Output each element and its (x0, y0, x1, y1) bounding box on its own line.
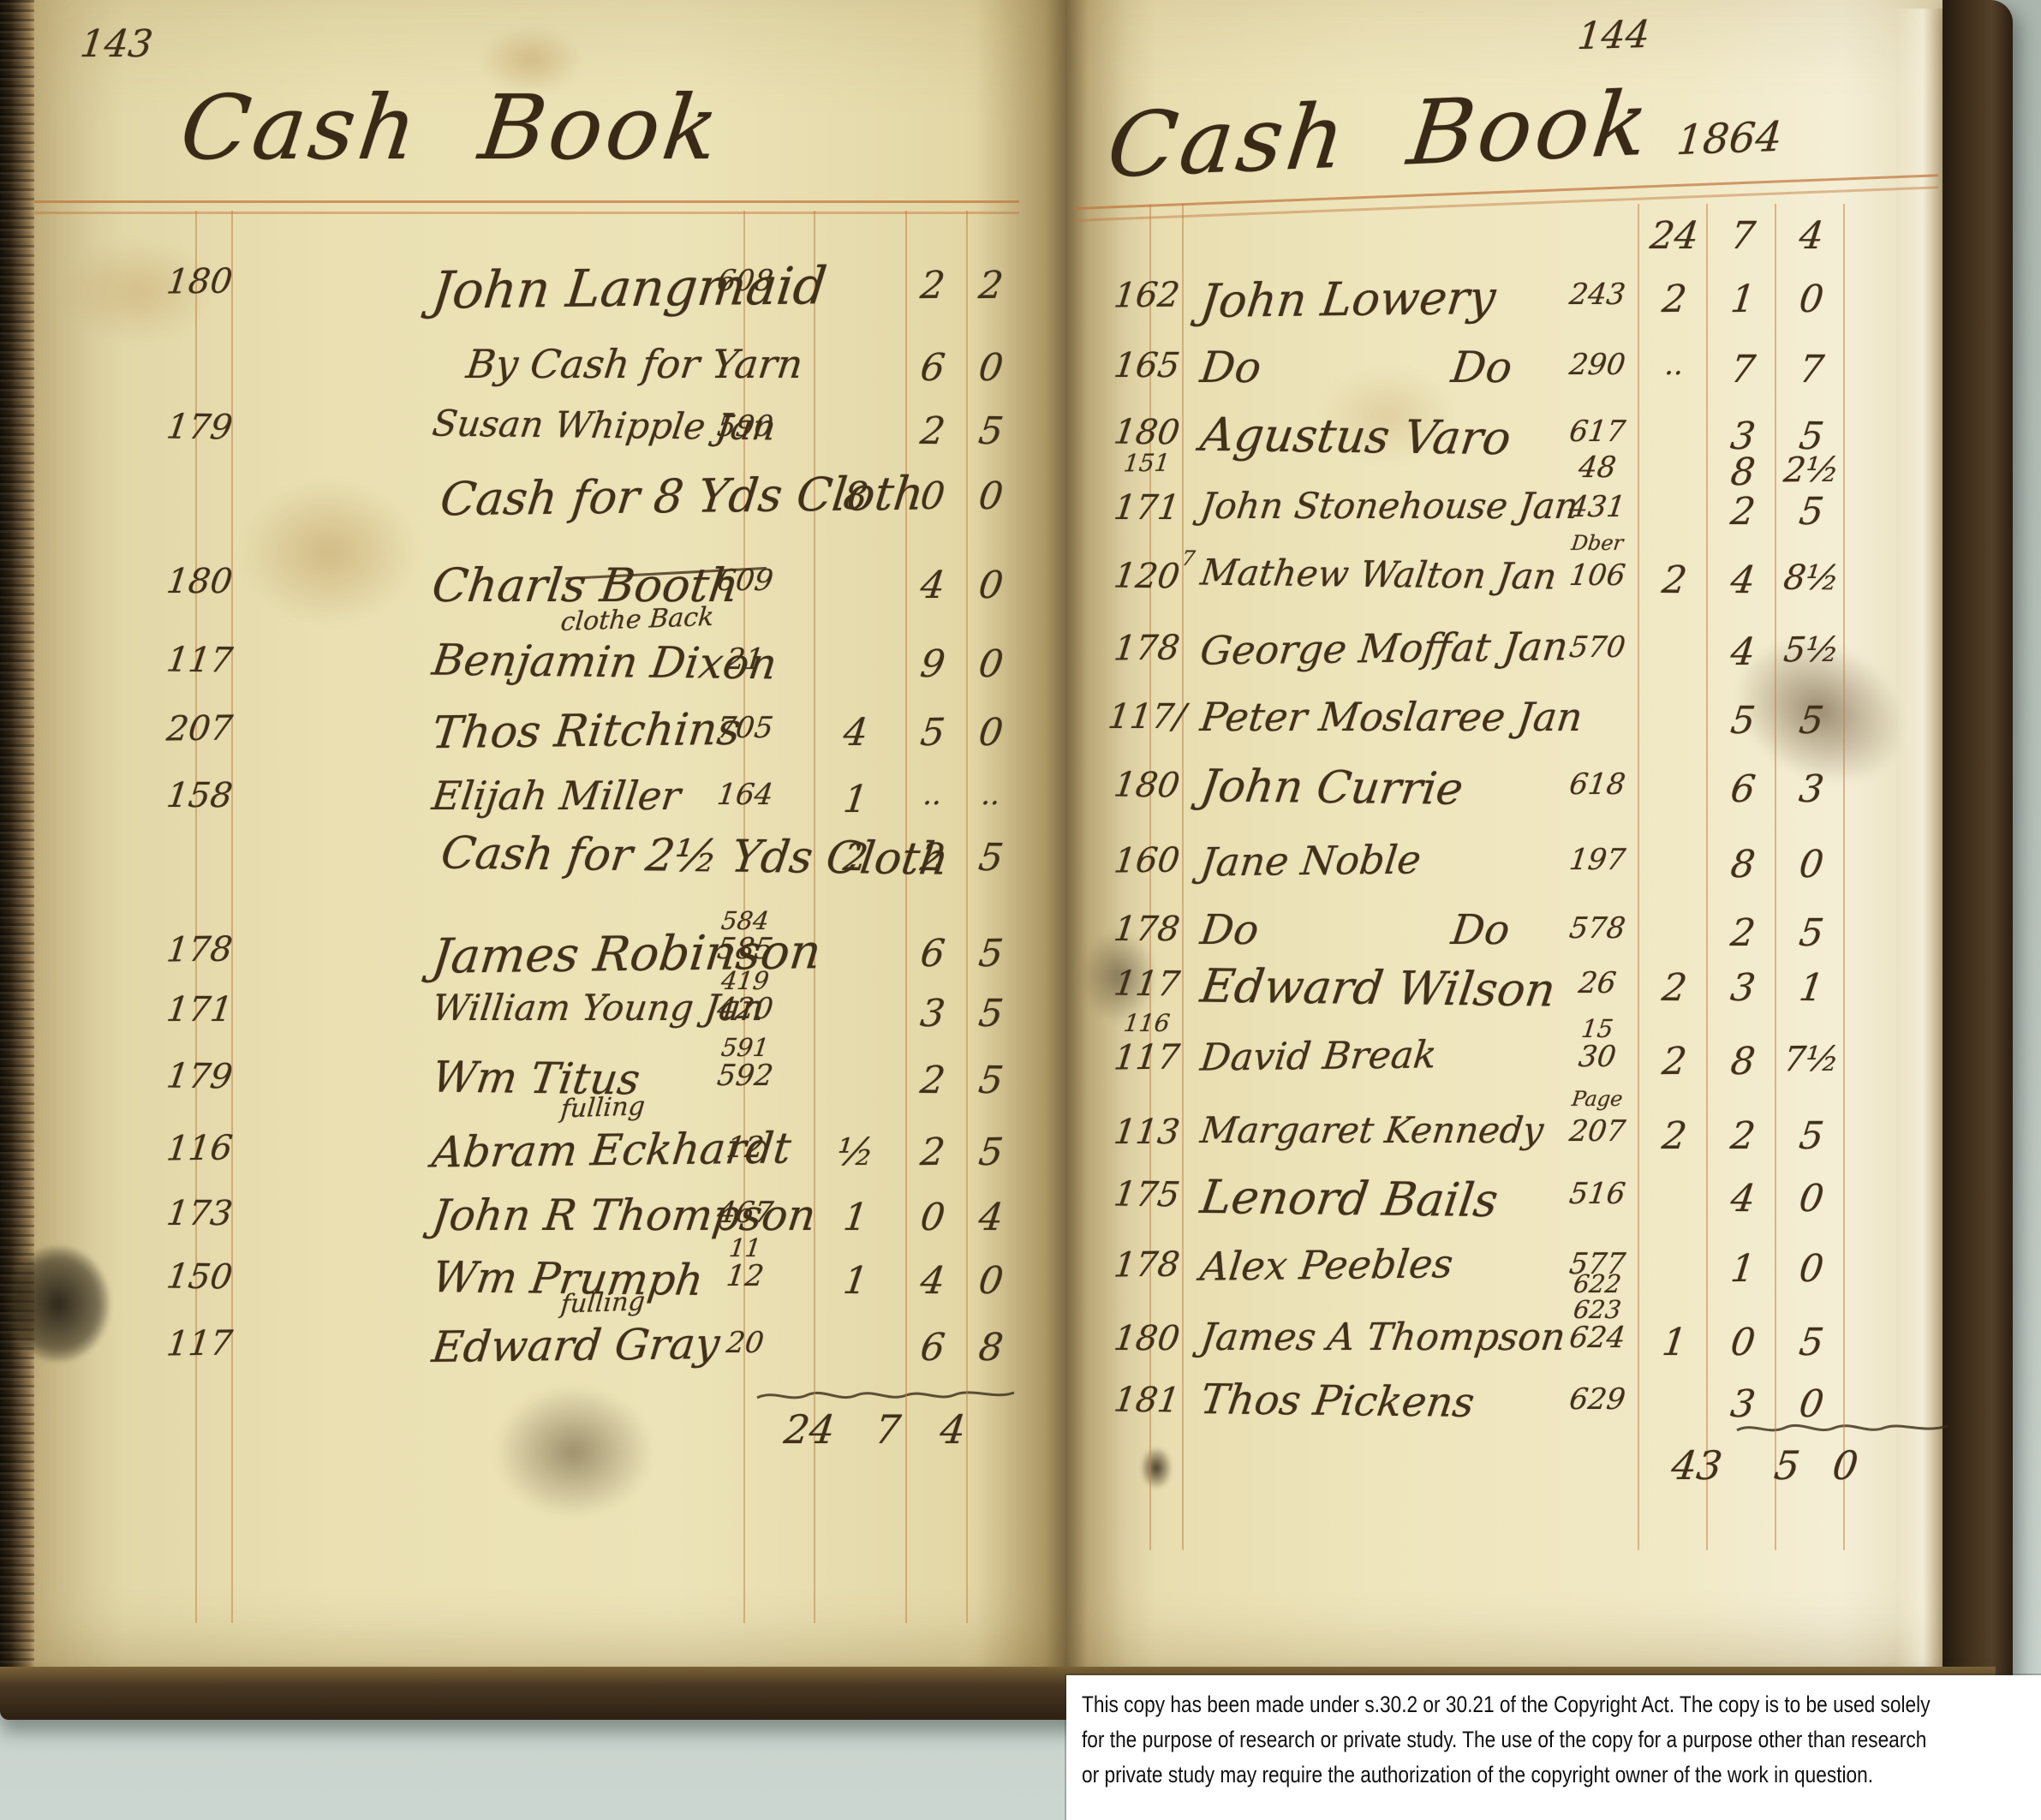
copyright-line-2: for the purpose of research or private s… (1082, 1722, 1888, 1757)
entry-name: George Moffat Jan (1198, 623, 1571, 673)
entry-folio: 171 (141, 990, 258, 1029)
entry-folio: 165 (1094, 346, 1200, 385)
entry-ref: 197 (1531, 843, 1664, 877)
entry-folio: 180 (141, 261, 257, 302)
entry-folio: 178 (1094, 628, 1199, 668)
entry-folio: 158 (141, 776, 258, 815)
entry-amount: 0 (953, 346, 1029, 390)
entry-amount: 2 (1638, 966, 1711, 1011)
entry-amount: 1 (818, 1196, 893, 1239)
entry-ref: 705 (666, 711, 825, 745)
entry-amount: 0 (1775, 1177, 1848, 1221)
entry-amount: 5 (953, 409, 1029, 454)
entry-ref: 629 (1531, 1382, 1664, 1417)
entry-ref: 585 (666, 932, 825, 966)
entry-amount: 2 (1638, 1114, 1710, 1158)
entry-amount: 5 (1775, 1321, 1847, 1364)
entry-ref: 431 (1531, 490, 1664, 524)
entry-amount: 3 (1707, 1382, 1780, 1427)
entry-name: David Break (1198, 1033, 1439, 1079)
entry-amount: 4 (818, 711, 893, 755)
entry-amount: 6 (1707, 767, 1780, 812)
entry-ref-stack: 623 (1531, 1295, 1663, 1324)
entry-amount: 3 (1775, 767, 1848, 812)
entry-amount: 2 (953, 264, 1029, 308)
entry-ref-stack: 622 (1531, 1269, 1663, 1298)
column-total: 0 (1830, 1442, 1861, 1489)
entry-amount: 2 (1638, 558, 1711, 603)
entry-amount: 7 (1775, 348, 1847, 391)
entry-folio: 175 (1094, 1174, 1200, 1214)
entry-amount: 0 (953, 1259, 1029, 1304)
entry-amount: 5 (953, 1131, 1029, 1175)
entry-folio: 178 (1094, 910, 1200, 949)
entry-amount: 8 (818, 474, 893, 519)
copyright-line-3: or private study may require the authori… (1082, 1757, 1888, 1793)
entry-ref: 618 (1531, 767, 1664, 802)
entry-amount: 8 (1707, 843, 1779, 887)
entry-folio: 150 (141, 1256, 258, 1298)
entry-ref: 12 (666, 1131, 825, 1165)
entry-ref: 20 (666, 1326, 825, 1360)
entry-amount: 1 (1638, 1321, 1710, 1364)
entry-amount: 4 (1707, 630, 1779, 675)
entry-ref-note: Page (1531, 1087, 1662, 1111)
entry-name: Alex Peebles (1198, 1240, 1455, 1290)
entry-amount: ½ (818, 1131, 893, 1175)
entry-service-note: fulling (559, 1091, 646, 1124)
entry-amount: 0 (953, 474, 1029, 519)
entry-amount: 1 (1775, 966, 1848, 1011)
entry-amount: 7 (1707, 348, 1779, 391)
carried-forward-amount: 4 (1775, 214, 1847, 258)
entry-amount: 0 (953, 564, 1029, 607)
entry-amount: 1 (1707, 277, 1779, 322)
scanned-cash-book-photo: 143 144 Cash Book Cash Book 1864 180John… (0, 0, 2041, 1820)
entry-amount: 2 (818, 836, 894, 880)
entry-service-note: fulling (559, 1286, 646, 1319)
entry-ref-stack: 591 (666, 1033, 824, 1062)
entry-amount: 7½ (1775, 1040, 1847, 1080)
entry-folio: 116 (141, 1128, 257, 1169)
entry-folio: 173 (141, 1194, 258, 1233)
entry-amount: 0 (1775, 277, 1847, 322)
entry-name: By Cash for Yarn (464, 341, 806, 387)
entry-name: Edward Wilson (1197, 958, 1559, 1017)
column-total: 7 (873, 1406, 904, 1453)
entry-amount: 2½ (1775, 451, 1847, 491)
entry-amount: 5½ (1775, 630, 1847, 671)
entry-folio: 178 (1094, 1244, 1199, 1285)
entry-folio: 117 (141, 640, 258, 681)
entry-ref: 578 (1531, 911, 1664, 946)
entry-service-note: clothe Back (559, 602, 715, 637)
entry-ref: 48 (1531, 451, 1664, 485)
entry-name: Elijah Miller (430, 773, 683, 819)
entry-folio: 178 (141, 929, 257, 970)
entry-amount: 5 (1775, 911, 1847, 955)
entry-amount: 8 (1707, 1040, 1779, 1084)
ledger-entries-layer: 180John Langmaid60822By Cash for Yarn601… (0, 0, 2041, 1820)
entry-folio: 160 (1094, 840, 1199, 880)
entry-folio: 117 (141, 1323, 257, 1364)
entry-ref-stack: 11 (666, 1233, 824, 1262)
entry-amount: 3 (1707, 966, 1780, 1011)
entry-name: John Currie (1197, 761, 1466, 815)
entry-name: John Lowery (1197, 271, 1498, 328)
entry-amount: 8 (953, 1326, 1029, 1370)
entry-folio: 179 (141, 407, 258, 448)
entry-folio: 181 (1094, 1380, 1200, 1420)
entry-folio: 151 (1095, 448, 1199, 477)
entry-ref: 21 (666, 642, 825, 677)
entry-folio-stack: 116 (1095, 1009, 1199, 1037)
entry-amount: 5 (953, 992, 1029, 1035)
entry-amount: 0 (953, 711, 1029, 755)
entry-amount: 5 (1707, 699, 1779, 743)
entry-ref-stack: 419 (666, 966, 824, 995)
entry-amount: 2 (1707, 490, 1779, 534)
entry-folio: 180 (1094, 412, 1200, 452)
entry-folio: 117 (1094, 964, 1200, 1004)
entry-amount: 2 (1638, 277, 1710, 322)
entry-amount: 4 (1707, 1177, 1780, 1221)
entry-amount: 0 (1775, 843, 1847, 887)
entry-ref: 590 (666, 409, 825, 444)
entry-folio: 207 (141, 708, 257, 749)
entry-folio: 113 (1094, 1113, 1200, 1152)
entry-amount: 5 (953, 836, 1029, 880)
entry-name-ditto: Do (1448, 343, 1514, 392)
entry-amount: .. (954, 778, 1029, 812)
column-total: 43 (1669, 1442, 1725, 1489)
column-total: 24 (782, 1406, 838, 1453)
entry-ref: 467 (666, 1196, 825, 1230)
entry-folio: 117 (1094, 1037, 1199, 1077)
entry-name: Do (1198, 906, 1262, 954)
entry-amount: 1 (1707, 1247, 1779, 1292)
entry-name: Mathew Walton Jan (1198, 551, 1560, 597)
copyright-line-1: This copy has been made under s.30.2 or … (1082, 1687, 1888, 1722)
entry-ref-note: Dber (1531, 531, 1662, 555)
entry-ref: 608 (666, 264, 825, 298)
column-total: 5 (1772, 1442, 1803, 1489)
entry-amount: 5 (953, 1059, 1029, 1103)
copyright-notice: This copy has been made under s.30.2 or … (1066, 1675, 2041, 1820)
entry-ref: 12 (666, 1259, 825, 1293)
entry-folio: 180 (141, 562, 258, 601)
entry-amount: 0 (953, 642, 1029, 687)
entry-name: Peter Moslaree Jan (1198, 694, 1585, 740)
entry-name: Lenord Bails (1197, 1170, 1501, 1227)
entry-amount: 1 (818, 778, 893, 821)
entry-name: Agustus Varo (1197, 408, 1514, 465)
entry-name: Jane Noble (1198, 836, 1423, 885)
entry-amount: 1 (818, 1259, 894, 1304)
entry-ref: 617 (1531, 415, 1664, 449)
entry-folio: 180 (1094, 765, 1200, 805)
entry-amount: 5 (1775, 1114, 1847, 1158)
entry-folio: 180 (1094, 1319, 1200, 1358)
entry-amount: 0 (1707, 1321, 1779, 1364)
entry-ref: 570 (1531, 630, 1664, 665)
entry-folio: 162 (1094, 275, 1199, 315)
entry-name-ditto: Do (1449, 906, 1513, 954)
entry-amount: 2 (1707, 911, 1779, 955)
entry-amount: .. (1639, 348, 1710, 382)
entry-amount: 4 (953, 1196, 1029, 1239)
entry-ref-stack: 584 (666, 906, 824, 935)
entry-amount: 0 (1775, 1382, 1848, 1427)
entry-amount: 2 (1638, 1040, 1710, 1084)
entry-name: Thos Pickens (1197, 1375, 1477, 1427)
entry-name: John Stonehouse Jan (1198, 485, 1581, 527)
entry-ref: 592 (666, 1059, 825, 1093)
entry-ref: 516 (1531, 1177, 1664, 1211)
entry-folio: 179 (141, 1056, 258, 1097)
entry-amount: 2 (1707, 1114, 1779, 1158)
entry-folio: 171 (1094, 488, 1200, 528)
entry-amount: 5 (1775, 699, 1847, 743)
entry-name: Do (1197, 343, 1263, 392)
entry-amount: 4 (1707, 558, 1780, 603)
carried-forward-amount: 24 (1638, 214, 1710, 258)
entry-folio: 117/ (1094, 697, 1200, 737)
entry-name: Margaret Kennedy (1198, 1109, 1546, 1151)
entry-amount: 8½ (1775, 558, 1847, 599)
entry-amount: 5 (1775, 490, 1847, 534)
entry-ref-stack: 15 (1531, 1014, 1663, 1043)
entry-ref: 164 (666, 778, 825, 812)
entry-amount: 8 (1707, 451, 1779, 495)
column-total: 4 (938, 1406, 969, 1453)
carried-forward-amount: 7 (1707, 214, 1779, 258)
entry-name: James A Thompson (1198, 1316, 1568, 1359)
entry-amount: 5 (953, 932, 1029, 976)
entry-amount: 0 (1775, 1247, 1847, 1292)
entry-ref: 420 (666, 992, 825, 1026)
